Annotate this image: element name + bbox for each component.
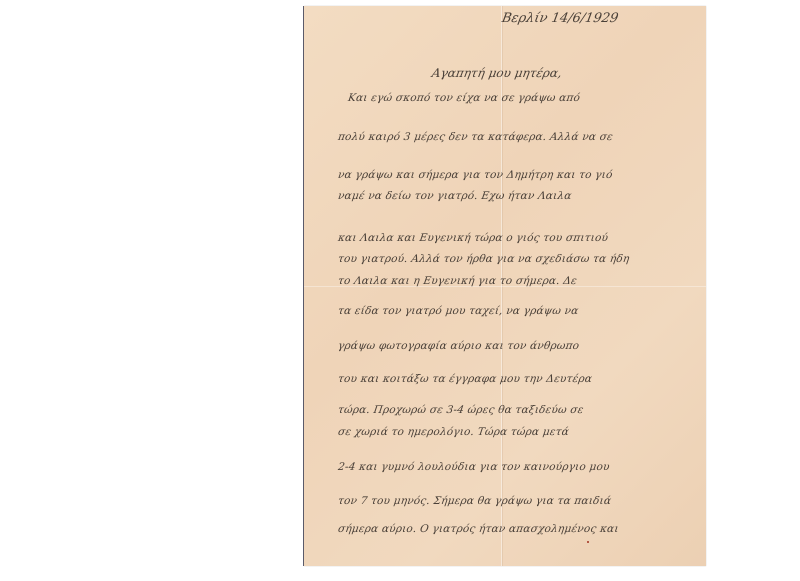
salutation: Αγαπητή μου μητέρα, — [431, 66, 563, 80]
body-line: πολύ καιρό 3 μέρες δεν τα κατάφερα. Αλλά… — [337, 131, 699, 143]
body-line: τον 7 του μηνός. Σήμερα θα γράψω για τα … — [337, 495, 699, 507]
body-line: τα είδα τον γιατρό μου ταχεί, να γράψω ν… — [337, 305, 699, 317]
body-line: γράψω φωτογραφία αύριο και τον άνθρωπο — [337, 340, 699, 352]
body-line: να γράψω και σήμερα για τον Δημήτρη και … — [337, 169, 699, 181]
body-line: και Λαιλα και Ευγενική τώρα ο γιός του σ… — [337, 232, 699, 244]
body-line: Και εγώ σκοπό τον είχα να σε γράψω από — [347, 92, 709, 104]
body-line: τώρα. Προχωρώ σε 3-4 ώρες θα ταξιδεύω σε — [337, 404, 699, 416]
body-line: 2-4 και γυμνό λουλούδια για τον καινούργ… — [337, 461, 699, 473]
body-line: σε χωριά το ημερολόγιο. Τώρα τώρα μετά — [337, 426, 699, 438]
body-line: του και κοιτάξω τα έγγραφα μου την Δευτέ… — [337, 373, 699, 385]
body-line: σήμερα αύριο. Ο γιατρός ήταν απασχολημέν… — [337, 523, 699, 535]
ink-spot — [587, 541, 589, 543]
date-line: Βερλίν 14/6/1929 — [501, 11, 620, 26]
letter-page: Βερλίν 14/6/1929 Αγαπητή μου μητέρα, Και… — [304, 6, 706, 566]
body-line: το Λαιλα και η Ευγενική για το σήμερα. Δ… — [337, 275, 699, 287]
body-line: του γιατρού. Αλλά τον ήρθα για να σχεδιά… — [337, 253, 699, 265]
body-line: ναμέ να δείω τον γιατρό. Εχω ήταν Λαιλα — [337, 190, 699, 202]
